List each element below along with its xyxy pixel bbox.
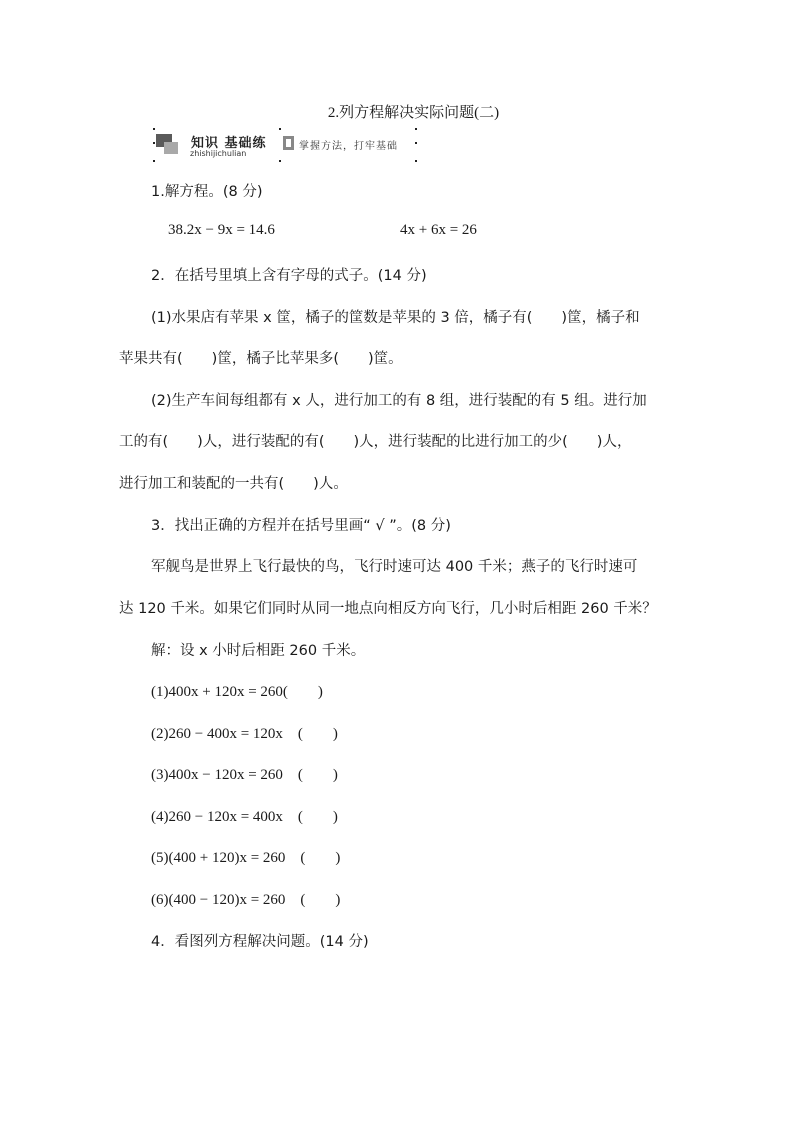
q1-equation-2: 4x + 6x = 26 [400,222,477,239]
banner-pinyin: zhishijichulian [190,149,246,158]
worksheet-page: 2.列方程解决实际问题(二) 知识 基础练 zhishijichulian 掌握… [0,0,793,1122]
q1-heading: 1.解方程。(8 分) [151,180,262,201]
q3-option-4: (4)260 − 120x = 400x ( ) [151,805,338,826]
q2-part2-line1: (2)生产车间每组都有 x 人，进行加工的有 8 组，进行装配的有 5 组。进行… [151,389,647,410]
q3-option-2: (2)260 − 400x = 120x ( ) [151,722,338,743]
corner-dot [153,160,155,162]
corner-dot [153,128,155,130]
q2-part2-line3: 进行加工和装配的一共有( )人。 [119,472,348,493]
q1-equation-1: 38.2x − 9x = 14.6 [168,222,275,239]
page-title: 2.列方程解决实际问题(二) [0,101,793,122]
q3-option-5: (5)(400 + 120)x = 260 ( ) [151,846,340,867]
corner-dot [279,128,281,130]
q2-part1-line2: 苹果共有( )筐，橘子比苹果多( )筐。 [119,347,403,368]
corner-dot [415,142,417,144]
q3-option-1: (1)400x + 120x = 260( ) [151,680,323,701]
q2-part1-line1: (1)水果店有苹果 x 筐，橘子的筐数是苹果的 3 倍，橘子有( )筐，橘子和 [151,306,640,327]
q3-heading: 3．找出正确的方程并在括号里画“ √ ”。(8 分) [151,514,451,535]
q3-solution: 解：设 x 小时后相距 260 千米。 [151,639,365,660]
q2-part2-line2: 工的有( )人，进行装配的有( )人，进行装配的比进行加工的少( )人， [119,430,631,451]
banner-slogan: 掌握方法，打牢基础 [299,137,398,152]
q3-option-6: (6)(400 − 120)x = 260 ( ) [151,888,340,909]
q3-option-3: (3)400x − 120x = 260 ( ) [151,763,338,784]
corner-dot [279,160,281,162]
banner-logo-icon [164,142,178,154]
section-banner: 知识 基础练 zhishijichulian 掌握方法，打牢基础 [153,128,417,162]
corner-dot [415,160,417,162]
square-bullet-icon [283,136,294,150]
corner-dot [415,128,417,130]
q2-heading: 2．在括号里填上含有字母的式子。(14 分) [151,264,427,285]
q3-problem-line1: 军舰鸟是世界上飞行最快的鸟，飞行时速可达 400 千米；燕子的飞行时速可 [151,555,637,576]
q4-heading: 4．看图列方程解决问题。(14 分) [151,930,369,951]
q3-problem-line2: 达 120 千米。如果它们同时从同一地点向相反方向飞行，几小时后相距 260 千… [119,597,657,618]
corner-dot [153,142,155,144]
